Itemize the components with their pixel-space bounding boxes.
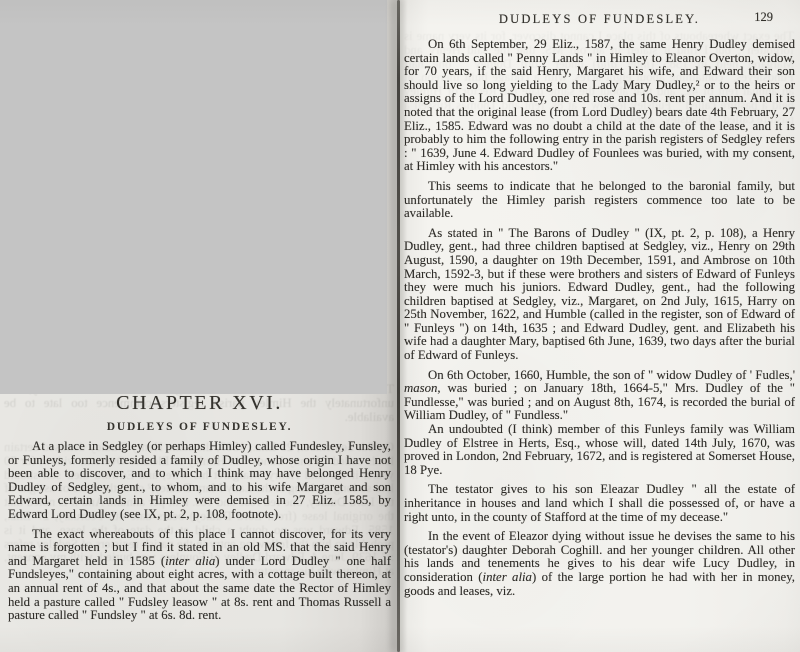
- redaction-overlay: [0, 0, 387, 394]
- right-paragraph: The testator gives to his son Eleazar Du…: [404, 483, 795, 524]
- left-paragraph: At a place in Sedgley (or perhaps Himley…: [8, 440, 391, 522]
- right-paragraph: On 6th October, 1660, Humble, the son of…: [404, 369, 795, 423]
- running-head: DUDLEYS OF FUNDESLEY. 129: [404, 10, 795, 26]
- section-heading: DUDLEYS OF FUNDESLEY.: [8, 421, 391, 433]
- left-page-text-block: CHAPTER XVI. DUDLEYS OF FUNDESLEY. At a …: [8, 393, 391, 629]
- left-paragraph: The exact whereabouts of this place I ca…: [8, 528, 391, 623]
- chapter-heading: CHAPTER XVI.: [8, 393, 391, 414]
- right-page-text-block: On 6th September, 29 Eliz., 1587, the sa…: [404, 38, 795, 604]
- right-paragraph: In the event of Eleazor dying without is…: [404, 530, 795, 598]
- right-paragraph: As stated in " The Barons of Dudley " (I…: [404, 227, 795, 363]
- right-page: The exact whereabouts of this place I ca…: [400, 0, 800, 652]
- right-paragraph: This seems to indicate that he belonged …: [404, 180, 795, 221]
- scanned-book-spread: This seems to indicate that he belonged …: [0, 0, 800, 652]
- right-paragraph: An undoubted (I think) member of this Fu…: [404, 423, 795, 477]
- page-number: 129: [754, 10, 773, 25]
- book-gutter: [397, 0, 400, 652]
- running-header-title: DUDLEYS OF FUNDESLEY.: [499, 12, 700, 26]
- left-page: This seems to indicate that he belonged …: [0, 0, 400, 652]
- right-paragraph: On 6th September, 29 Eliz., 1587, the sa…: [404, 38, 795, 174]
